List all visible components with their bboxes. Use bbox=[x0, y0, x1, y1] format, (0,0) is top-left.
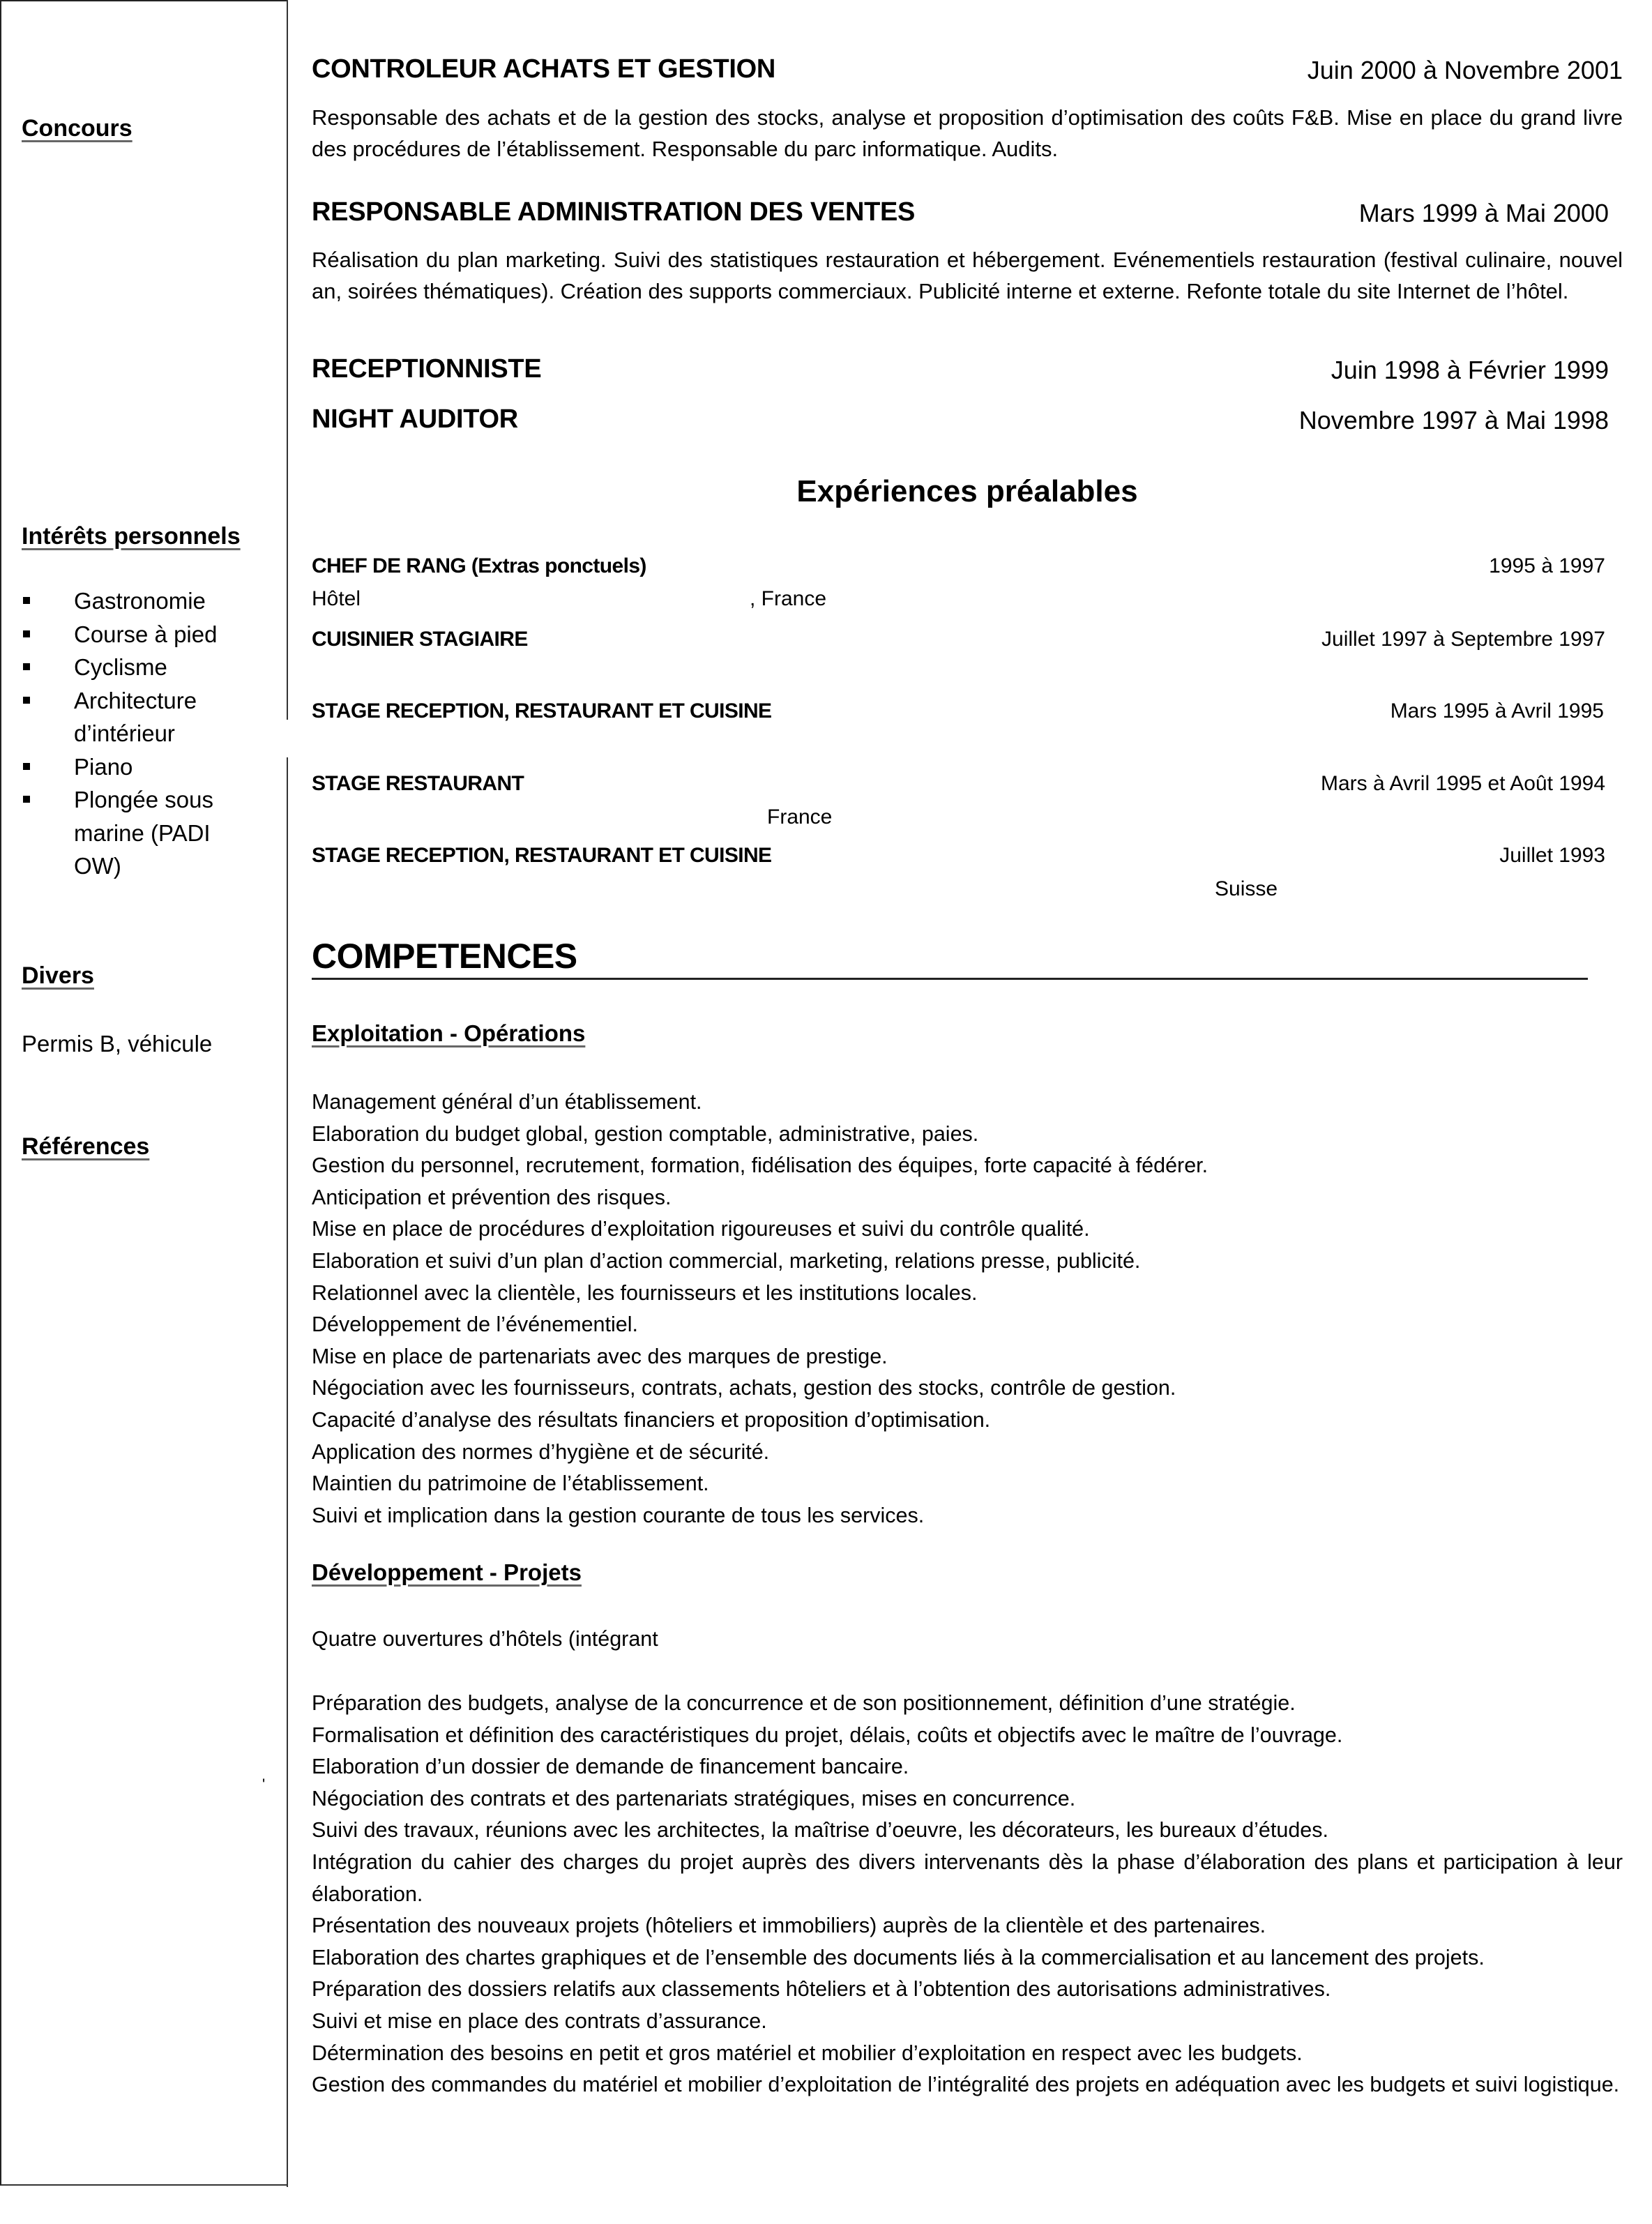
list-item: Plongée sous marine (PADI OW) bbox=[22, 783, 241, 883]
list-item: Développement de l’événementiel. bbox=[312, 1309, 1208, 1341]
prev-location: France bbox=[767, 805, 832, 829]
square-bullet-icon bbox=[23, 630, 30, 637]
list-item: Elaboration du budget global, gestion co… bbox=[312, 1119, 1208, 1151]
list-item: Application des normes d’hygiène et de s… bbox=[312, 1437, 1208, 1469]
job-dates: Novembre 1997 à Mai 1998 bbox=[312, 406, 1609, 435]
list-item: Présentation des nouveaux projets (hôtel… bbox=[312, 1910, 1623, 1942]
developpement-heading: Développement - Projets bbox=[312, 1559, 582, 1586]
exploitation-list: Management général d’un établissement. E… bbox=[312, 1087, 1208, 1531]
prev-location: Hôtel bbox=[312, 587, 361, 611]
concours-heading: Concours bbox=[22, 115, 132, 142]
list-item: Maintien du patrimoine de l’établissemen… bbox=[312, 1468, 1208, 1500]
list-item: Suivi et implication dans la gestion cou… bbox=[312, 1500, 1208, 1532]
list-item: Architecture d’intérieur bbox=[22, 684, 241, 750]
list-item: Course à pied bbox=[22, 618, 241, 651]
divers-heading: Divers bbox=[22, 962, 94, 990]
prev-dates: Juillet 1993 bbox=[312, 844, 1605, 868]
interests-list: Gastronomie Course à pied Cyclisme Archi… bbox=[22, 584, 241, 883]
competences-divider bbox=[312, 978, 1588, 980]
sidebar-box bbox=[0, 0, 287, 2186]
square-bullet-icon bbox=[23, 697, 30, 704]
list-item: Anticipation et prévention des risques. bbox=[312, 1182, 1208, 1214]
list-item: Gestion des commandes du matériel et mob… bbox=[312, 2069, 1623, 2101]
references-heading: Références bbox=[22, 1133, 149, 1160]
list-item: Cyclisme bbox=[22, 651, 241, 684]
list-item: Intégration du cahier des charges du pro… bbox=[312, 1847, 1623, 1910]
job-dates: Mars 1999 à Mai 2000 bbox=[312, 199, 1609, 228]
list-item: Mise en place de procédures d’exploitati… bbox=[312, 1213, 1208, 1246]
list-item: Gestion du personnel, recrutement, forma… bbox=[312, 1150, 1208, 1182]
list-item: Elaboration d’un dossier de demande de f… bbox=[312, 1751, 1623, 1783]
list-item: Elaboration et suivi d’un plan d’action … bbox=[312, 1246, 1208, 1278]
previous-experience-heading: Expériences préalables bbox=[312, 474, 1623, 509]
interests-heading: Intérêts personnels bbox=[22, 523, 241, 550]
square-bullet-icon bbox=[23, 597, 30, 604]
divers-text: Permis B, véhicule bbox=[22, 1031, 212, 1057]
list-item: Relationnel avec la clientèle, les fourn… bbox=[312, 1278, 1208, 1310]
prev-dates: Mars 1995 à Avril 1995 bbox=[312, 699, 1604, 723]
list-item: Mise en place de partenariats avec des m… bbox=[312, 1341, 1208, 1373]
list-item: Gastronomie bbox=[22, 584, 241, 618]
job-dates: Juin 1998 à Février 1999 bbox=[312, 356, 1609, 385]
prev-dates: 1995 à 1997 bbox=[312, 554, 1605, 578]
developpement-list: Préparation des budgets, analyse de la c… bbox=[312, 1688, 1623, 2101]
prev-dates: Juillet 1997 à Septembre 1997 bbox=[312, 628, 1605, 651]
prev-location: Suisse bbox=[1215, 877, 1278, 901]
list-item: Suivi des travaux, réunions avec les arc… bbox=[312, 1815, 1623, 1847]
square-bullet-icon bbox=[23, 763, 30, 770]
square-bullet-icon bbox=[23, 796, 30, 803]
list-item: Capacité d’analyse des résultats financi… bbox=[312, 1405, 1208, 1437]
list-item: Elaboration des chartes graphiques et de… bbox=[312, 1942, 1623, 1974]
list-item: Préparation des budgets, analyse de la c… bbox=[312, 1688, 1623, 1720]
list-item: Préparation des dossiers relatifs aux cl… bbox=[312, 1974, 1623, 2006]
job-description: Réalisation du plan marketing. Suivi des… bbox=[312, 244, 1623, 307]
job-description: Responsable des achats et de la gestion … bbox=[312, 102, 1623, 165]
stray-mark: ' bbox=[262, 1776, 265, 1794]
list-item: Management général d’un établissement. bbox=[312, 1087, 1208, 1119]
list-item: Suivi et mise en place des contrats d’as… bbox=[312, 2006, 1623, 2038]
job-dates: Juin 2000 à Novembre 2001 bbox=[312, 56, 1623, 85]
list-item: Négociation avec les fournisseurs, contr… bbox=[312, 1372, 1208, 1405]
list-item: Formalisation et définition des caractér… bbox=[312, 1720, 1623, 1752]
prev-dates: Mars à Avril 1995 et Août 1994 bbox=[312, 772, 1605, 796]
square-bullet-icon bbox=[23, 663, 30, 670]
list-item: Détermination des besoins en petit et gr… bbox=[312, 2038, 1623, 2070]
list-item: Piano bbox=[22, 750, 241, 784]
developpement-intro: Quatre ouvertures d’hôtels (intégrant bbox=[312, 1624, 658, 1656]
prev-location: , France bbox=[750, 587, 826, 611]
exploitation-heading: Exploitation - Opérations bbox=[312, 1020, 585, 1047]
sidebar-border bbox=[287, 757, 288, 2187]
sidebar-border bbox=[287, 0, 288, 720]
competences-heading: COMPETENCES bbox=[312, 936, 577, 976]
list-item: Négociation des contrats et des partenar… bbox=[312, 1783, 1623, 1815]
